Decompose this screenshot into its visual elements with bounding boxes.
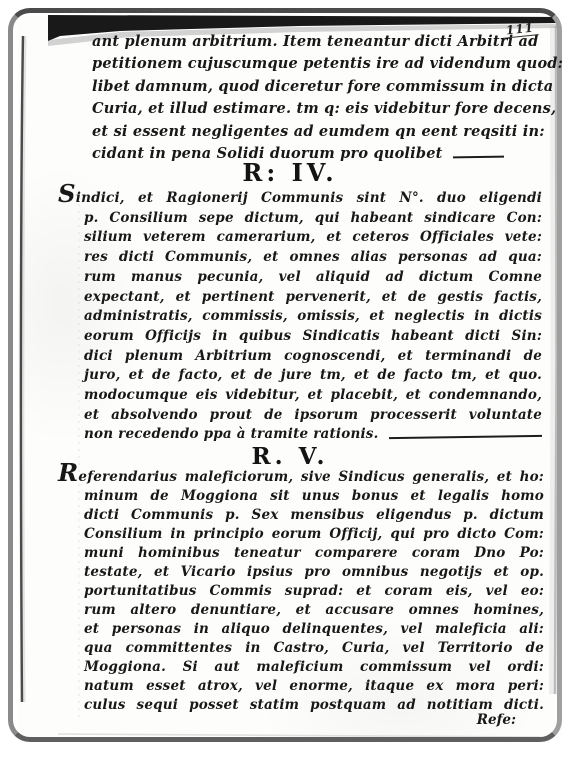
manuscript-line: juro, et de facto, et de jure tm, et de … xyxy=(84,366,542,386)
manuscript-line: portunitatibus Commis suprad: et coram e… xyxy=(84,582,544,601)
manuscript-line: et personas in aliquo delinquentes, vel … xyxy=(84,620,544,639)
paragraph-1: ant plenum arbitrium. Item teneantur dic… xyxy=(92,31,504,165)
manuscript-line: petitionem cujuscumque petentis ire ad v… xyxy=(92,53,504,75)
paragraph-2: Sindici, et Ragionerij Communis sint N°.… xyxy=(84,189,542,445)
paragraph-3: Referendarius maleficiorum, sive Sindicu… xyxy=(84,468,544,715)
manuscript-line: testate, et Vicario ipsius pro omnibus n… xyxy=(84,563,544,582)
manuscript-line: qua committentes in Castro, Curia, vel T… xyxy=(84,639,544,658)
manuscript-line: Consilium in principio eorum Officij, qu… xyxy=(84,525,544,544)
manuscript-line: p. Consilium sepe dictum, qui habeant si… xyxy=(84,209,542,229)
manuscript-line: et absolvendo prout de ipsorum processer… xyxy=(84,406,542,426)
manuscript-line: minum de Moggiona sit unus bonus et lega… xyxy=(84,487,544,506)
manuscript-line: modocumque eis videbitur, et placebit, e… xyxy=(84,386,542,406)
manuscript-line: Referendarius maleficiorum, sive Sindicu… xyxy=(58,468,544,487)
manuscript-line: natum esset atrox, vel enorme, itaque ex… xyxy=(84,677,544,696)
manuscript-line: eorum Officijs in quibus Sindicatis habe… xyxy=(84,327,542,347)
manuscript-line: Sindici, et Ragionerij Communis sint N°.… xyxy=(58,189,542,209)
manuscript-line: dicti Communis p. Sex mensibus eligendus… xyxy=(84,506,544,525)
manuscript-line: silium veterem camerarium, et ceteros Of… xyxy=(84,228,542,248)
section-heading-r-iv: R: IV. xyxy=(0,158,580,187)
manuscript-line: administratis, commissis, omissis, et ne… xyxy=(84,307,542,327)
catchword: Refe: xyxy=(84,712,516,728)
manuscript-line: muni hominibus teneatur comparere coram … xyxy=(84,544,544,563)
manuscript-line: rum manus pecunia, vel aliquid ad dictum… xyxy=(84,268,542,288)
manuscript-line: expectant, et pertinent pervenerit, et d… xyxy=(84,288,542,308)
manuscript-line: libet damnum, quod diceretur fore commis… xyxy=(92,76,504,98)
manuscript-line: Moggiona. Si aut maleficium commissum ve… xyxy=(84,658,544,677)
manuscript-line: et si essent negligentes ad eumdem qn ee… xyxy=(92,121,504,143)
end-of-section-rule xyxy=(389,435,542,439)
manuscript-line: Curia, et illud estimare. tm q: eis vide… xyxy=(92,98,504,120)
section-heading-r-v: R. V. xyxy=(0,443,580,470)
manuscript-line: res dicti Communis, et omnes alias perso… xyxy=(84,248,542,268)
manuscript-line: rum altero denuntiare, et accusare omnes… xyxy=(84,601,544,620)
manuscript-line: dici plenum Arbitrium cognoscendi, et te… xyxy=(84,347,542,367)
manuscript-line: ant plenum arbitrium. Item teneantur dic… xyxy=(92,31,504,53)
